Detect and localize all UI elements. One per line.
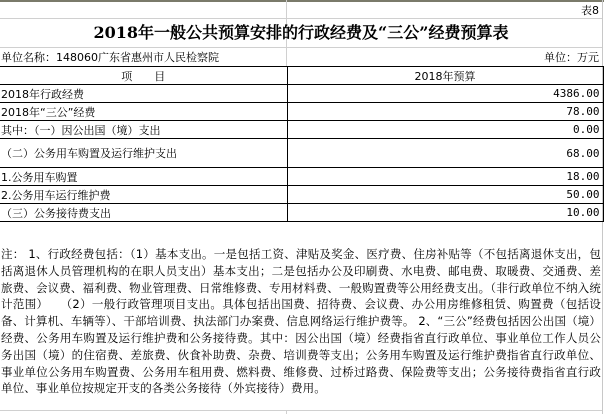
currency-unit-label: 单位：万元 xyxy=(287,48,602,66)
row-item[interactable]: 2.公务用车运行维护费 xyxy=(0,186,287,204)
table-row: 2018年行政经费 4386.00 xyxy=(0,85,603,103)
spreadsheet-view: 表8 2018年一般公共预算安排的行政经费及“三公”经费预算表 单位名称：148… xyxy=(0,0,604,414)
row-budget[interactable]: 78.00 xyxy=(287,103,603,121)
row-budget[interactable]: 50.00 xyxy=(287,186,603,204)
table-row: 其中：（一）因公出国（境）支出 0.00 xyxy=(0,121,603,139)
gridline xyxy=(0,410,602,411)
row-budget[interactable]: 4386.00 xyxy=(287,85,603,103)
row-budget[interactable]: 0.00 xyxy=(287,121,603,139)
row-item[interactable]: （二）公务用车购置及运行维护支出 xyxy=(0,139,287,168)
notes-paragraph: 注： 1、行政经费包括：（1）基本支出。一是包括工资、津贴及奖金、医疗费、住房补… xyxy=(1,246,601,397)
table-row: （三）公务接待费支出 10.00 xyxy=(0,204,603,222)
gridline xyxy=(286,410,287,414)
table-number: 表8 xyxy=(287,2,602,18)
row-budget[interactable]: 68.00 xyxy=(287,139,603,168)
table-row: 1.公务用车购置 18.00 xyxy=(0,168,603,186)
row-item[interactable]: （三）公务接待费支出 xyxy=(0,204,287,222)
row-budget[interactable]: 10.00 xyxy=(287,204,603,222)
table-header-row: 项 目 2018年预算 xyxy=(0,67,603,85)
row-budget[interactable]: 18.00 xyxy=(287,168,603,186)
row-item[interactable]: 2018年“三公”经费 xyxy=(0,103,287,121)
column-header-budget: 2018年预算 xyxy=(287,67,603,85)
row-item[interactable]: 2018年行政经费 xyxy=(0,85,287,103)
table-row: 2.公务用车运行维护费 50.00 xyxy=(0,186,603,204)
column-header-item: 项 目 xyxy=(0,67,287,85)
page-title: 2018年一般公共预算安排的行政经费及“三公”经费预算表 xyxy=(0,19,602,47)
budget-table: 项 目 2018年预算 2018年行政经费 4386.00 2018年“三公”经… xyxy=(0,66,604,222)
table-row: 2018年“三公”经费 78.00 xyxy=(0,103,603,121)
row-item[interactable]: 其中：（一）因公出国（境）支出 xyxy=(0,121,287,139)
row-item[interactable]: 1.公务用车购置 xyxy=(0,168,287,186)
unit-name-label: 单位名称：148060广东省惠州市人民检察院 xyxy=(0,48,286,66)
table-row: （二）公务用车购置及运行维护支出 68.00 xyxy=(0,139,603,168)
